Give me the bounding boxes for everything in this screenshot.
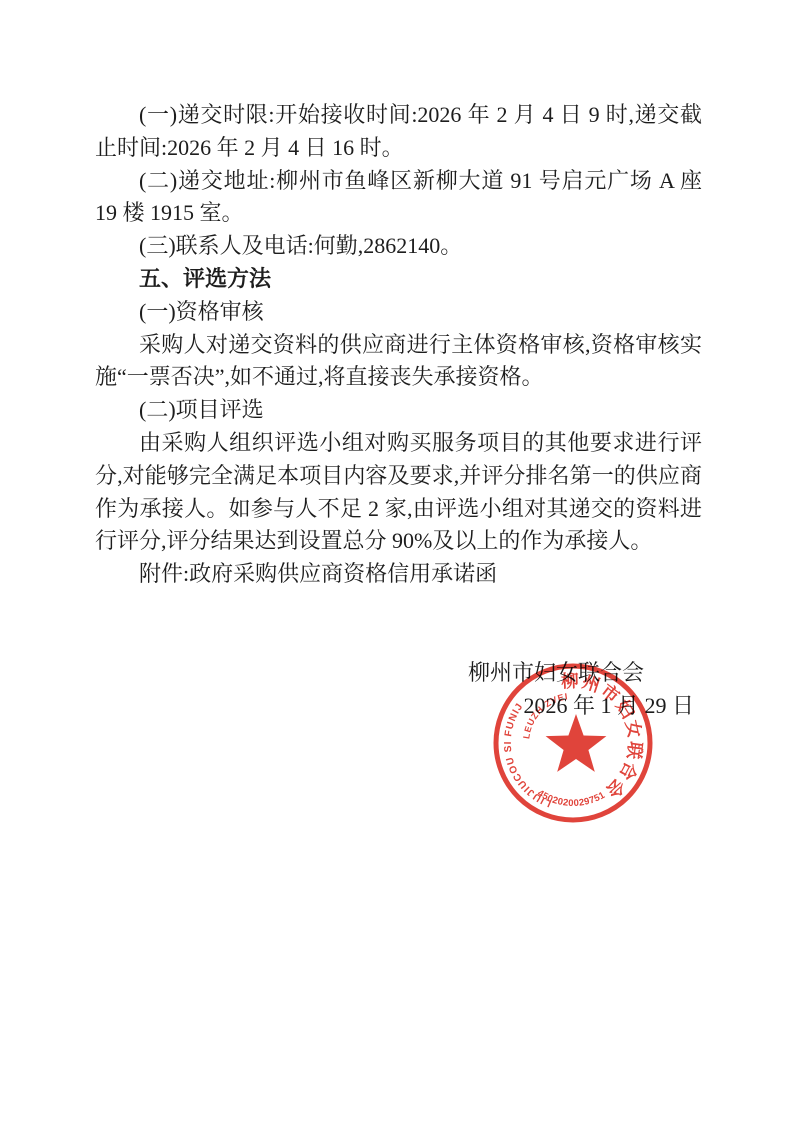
section-heading-evaluation-method: 五、评选方法 [95,263,702,296]
subheading-project-selection: (二)项目评选 [95,394,702,427]
subheading-qualification-review: (一)资格审核 [95,296,702,329]
attachment-line: 附件:政府采购供应商资格信用承诺函 [95,558,702,591]
paragraph-contact: (三)联系人及电话:何勤,2862140。 [95,230,702,263]
paragraph-project-selection: 由采购人组织评选小组对购买服务项目的其他要求进行评分,对能够完全满足本项目内容及… [95,427,702,558]
seal-star-icon [546,714,607,772]
signature-block: 柳州市妇女联合会 2026 年 1 月 29 日 [95,657,702,723]
document-page: (一)递交时限:开始接收时间:2026 年 2 月 4 日 9 时,递交截止时间… [0,0,794,1123]
paragraph-submission-time: (一)递交时限:开始接收时间:2026 年 2 月 4 日 9 时,递交截止时间… [95,99,702,165]
svg-text:4502020029751: 4502020029751 [535,788,607,809]
paragraph-submission-address: (二)递交地址:柳州市鱼峰区新柳大道 91 号启元广场 A 座 19 楼 191… [95,165,702,231]
signature-date: 2026 年 1 月 29 日 [95,690,702,723]
paragraph-qualification-review: 采购人对递交资料的供应商进行主体资格审核,资格审核实施“一票否决”,如不通过,将… [95,329,702,395]
seal-code-text: 4502020029751 [535,788,607,809]
document-body: (一)递交时限:开始接收时间:2026 年 2 月 4 日 9 时,递交截止时间… [95,99,702,723]
signature-org: 柳州市妇女联合会 [95,657,702,690]
